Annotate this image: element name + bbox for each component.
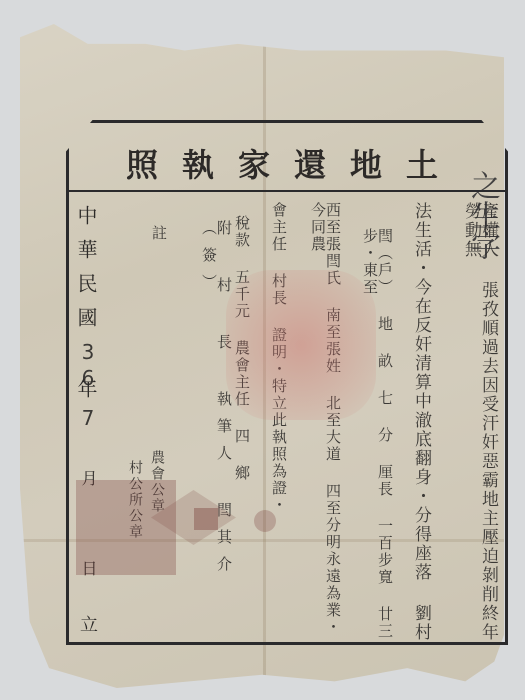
text-column-2: 法生活・今在反奸清算中澈底翻身・分得座落 劉村 [412, 202, 429, 642]
date-era: 中華民國 [76, 205, 96, 341]
document-title: 土地還家執照 [114, 140, 474, 186]
text-column-5: 會主任 村長 證明・特立此執照為證・ [271, 202, 286, 642]
text-column-notes: 註 [151, 225, 166, 242]
margin-handwriting: 之生字 [460, 170, 504, 260]
certificate-frame: 土地還家執照 產權人 張孜順過去因受汗奸惡霸地主壓迫剝削終年勞動無 法生活・今在… [66, 120, 508, 645]
title-band: 土地還家執照 [114, 132, 474, 184]
date-month: 7 [78, 406, 98, 432]
text-column-1: 產權人 張孜順過去因受汗奸惡霸地主壓迫剝削終年勞動無 [462, 202, 496, 642]
text-column-4: 西至張閆氏 南至張姓 北至大道 四至分明永遠為業・今同農 [310, 202, 340, 642]
red-official-seal [226, 270, 376, 420]
title-divider [66, 190, 508, 192]
village-head-seal [194, 508, 218, 530]
association-head-seal [254, 510, 276, 532]
village-office-seal-stamp [76, 480, 176, 575]
text-column-7: 附 村 長 執筆人 閆其介 （簽） [201, 220, 231, 640]
date-sign: 立 [78, 615, 96, 635]
date-year-suffix: 年 [76, 378, 96, 400]
